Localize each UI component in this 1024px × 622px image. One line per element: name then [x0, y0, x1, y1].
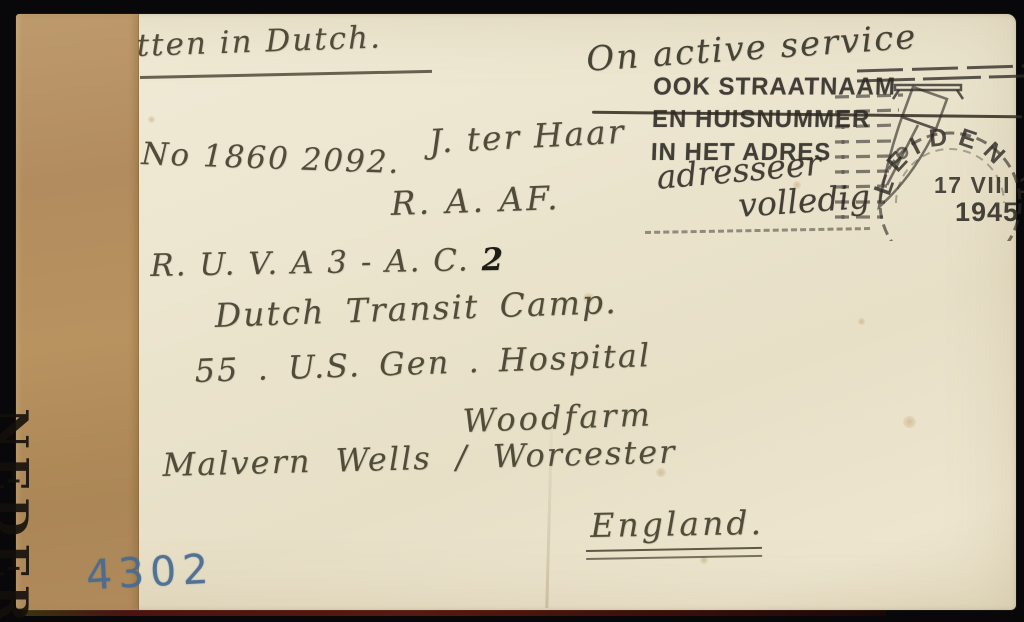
unit-text: R. U. V. A 3 - A. C. [150, 242, 482, 284]
censor-tape-text: NEDER [0, 408, 38, 622]
foxing-spot [858, 318, 865, 325]
address-line-unit: R. U. V. A 3 - A. C. 2 [150, 242, 505, 284]
slogan-line: EN HUISNUMMER [651, 104, 895, 137]
foxing-spot [148, 116, 155, 123]
censor-number-stamp: 4302 [85, 545, 216, 600]
foxing-spot [903, 416, 916, 428]
postmark-date: 17 VIII 15 [934, 172, 1024, 198]
address-line-country: England. [590, 503, 764, 545]
slogan-line: OOK STRAATNAAM [653, 71, 897, 104]
postmark-year: 1945 [955, 197, 1019, 227]
unit-suffix-text: 2 [481, 242, 505, 278]
address-line-force: R. A. AF. [390, 178, 561, 223]
